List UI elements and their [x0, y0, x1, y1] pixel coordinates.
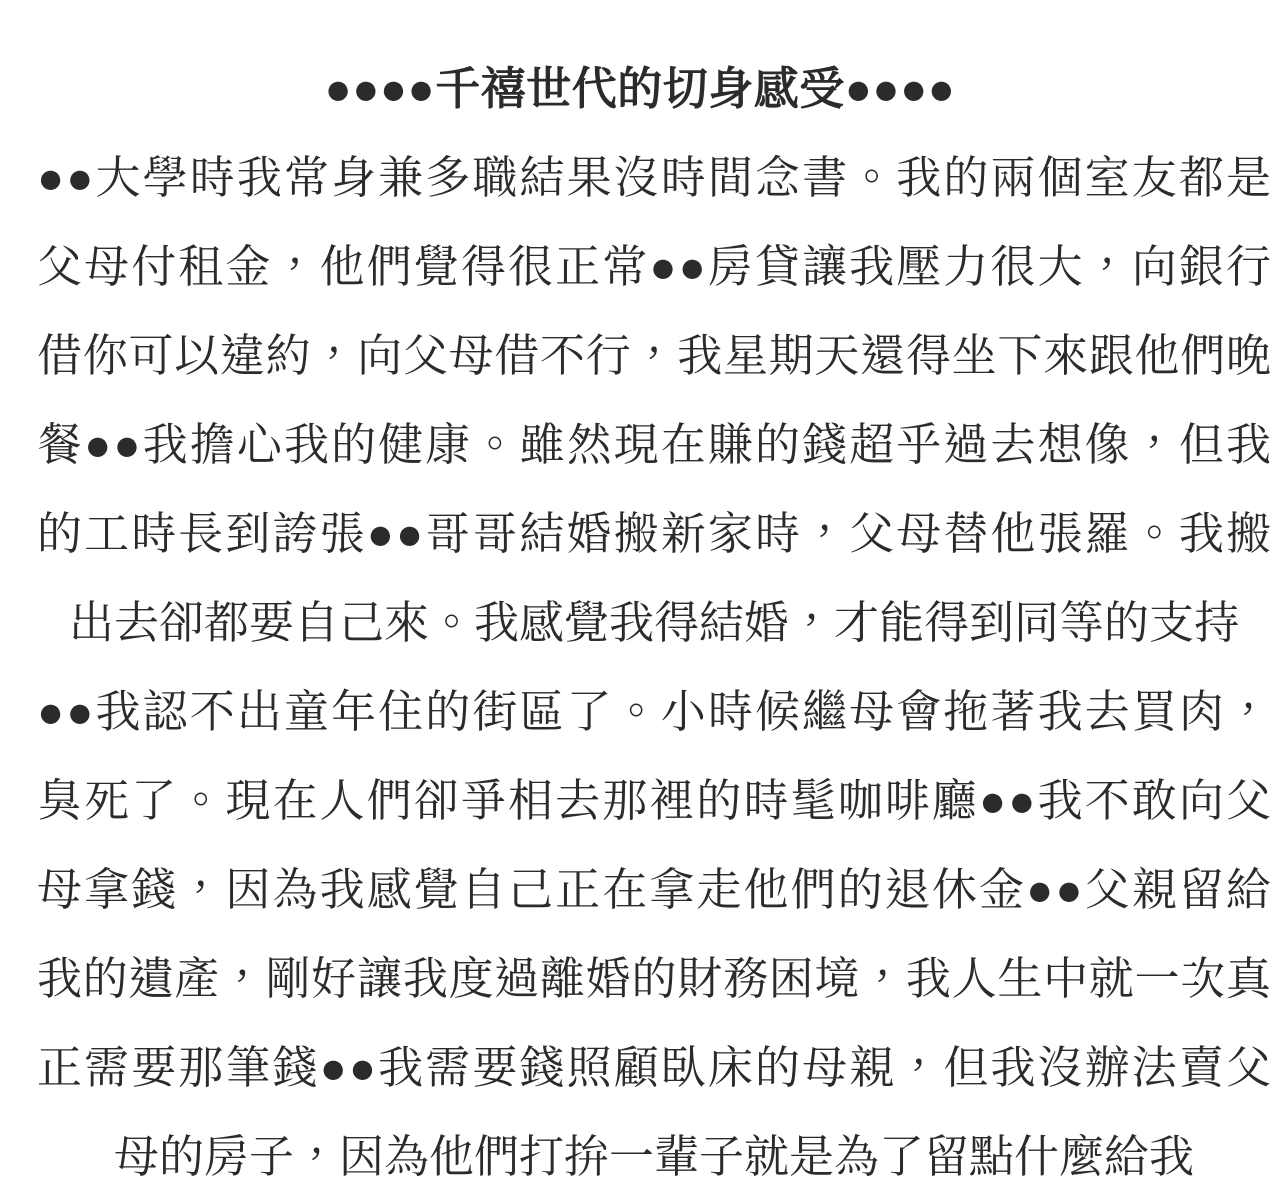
document-title: ●●●●千禧世代的切身感受●●●●: [23, 44, 1257, 133]
document-page: ●●●●千禧世代的切身感受●●●● ●●大學時我常身兼多職結果沒時間念書。我的兩…: [0, 0, 1280, 1195]
body-line-11: 正需要那筆錢●●我需要錢照顧臥床的母親，但我沒辦法賣父: [37, 1023, 1271, 1112]
body-line-4: 餐●●我擔心我的健康。雖然現在賺的錢超乎過去想像，但我: [37, 400, 1271, 489]
body-line-3: 借你可以違約，向父母借不行，我星期天還得坐下來跟他們晚: [37, 311, 1271, 400]
body-line-6-paragraph-end: 出去卻都要自己來。我感覺我得結婚，才能得到同等的支持: [37, 578, 1271, 667]
body-line-1: ●●大學時我常身兼多職結果沒時間念書。我的兩個室友都是: [37, 133, 1271, 222]
body-line-5: 的工時長到誇張●●哥哥結婚搬新家時，父母替他張羅。我搬: [37, 489, 1271, 578]
body-line-7: ●●我認不出童年住的街區了。小時候繼母會拖著我去買肉，: [37, 667, 1271, 756]
body-line-2: 父母付租金，他們覺得很正常●●房貸讓我壓力很大，向銀行: [37, 222, 1271, 311]
body-line-9: 母拿錢，因為我感覺自己正在拿走他們的退休金●●父親留給: [37, 845, 1271, 934]
body-line-10: 我的遺產，剛好讓我度過離婚的財務困境，我人生中就一次真: [37, 934, 1271, 1023]
body-line-12-paragraph-end: 母的房子，因為他們打拚一輩子就是為了留點什麼給我: [37, 1112, 1271, 1195]
body-line-8: 臭死了。現在人們卻爭相去那裡的時髦咖啡廳●●我不敢向父: [37, 756, 1271, 845]
